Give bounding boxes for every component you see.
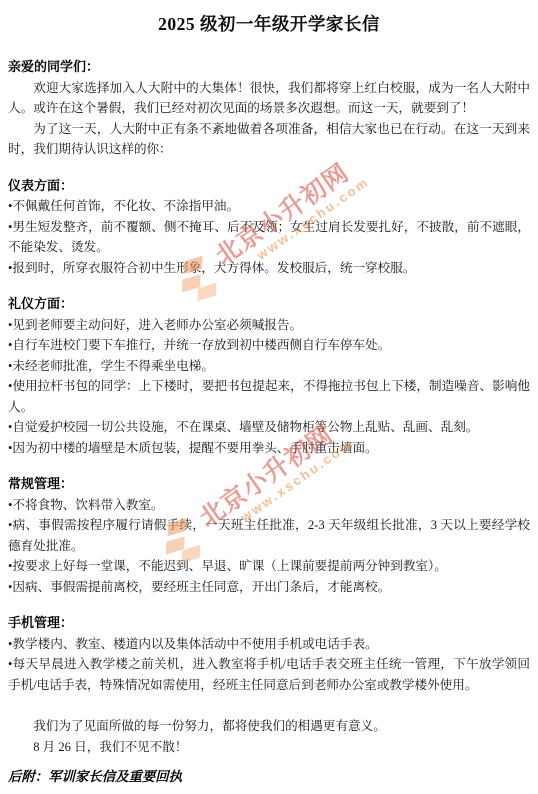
rule-item: •男生短发整齐，前不覆额、侧不掩耳、后不及领；女生过肩长发要扎好，不披散，前不遮… [8,217,530,258]
document-page: 2025 级初一年级开学家长信 亲爱的同学们： 欢迎大家选择加入人大附中的大集体… [0,0,538,794]
document-title: 2025 级初一年级开学家长信 [8,12,530,36]
section-heading-appearance: 仪表方面： [8,176,530,197]
rule-item: •未经老师批准，学生不得乘坐电梯。 [8,356,530,377]
rule-item: •自觉爱护校园一切公共设施，不在课桌、墙壁及储物柜等公物上乱贴、乱画、乱刻。 [8,417,530,438]
attachment-note: 后附：军训家长信及重要回执 [8,767,530,788]
section-etiquette: 礼仪方面： •见到老师要主动问好，进入老师办公室必须喊报告。 •自行车进校门要下… [8,294,530,458]
rule-item: •按要求上好每一堂课，不能迟到、早退、旷课（上课前要提前两分钟到教室）。 [8,556,530,577]
rule-item: •每天早晨进入教学楼之前关机，进入教室将手机/电话手表交班主任统一管理，下午放学… [8,654,530,695]
rule-item: •因为初中楼的墙壁是木质包装，提醒不要用拳头、手肘重击墙面。 [8,438,530,459]
closing-paragraph-2: 8 月 26 日，我们不见不散！ [8,737,530,758]
rule-item: •教学楼内、教室、楼道内以及集体活动中不使用手机或电话手表。 [8,634,530,655]
rule-item: •见到老师要主动问好，进入老师办公室必须喊报告。 [8,315,530,336]
salutation: 亲爱的同学们： [8,57,530,78]
rule-item: •使用拉杆书包的同学：上下楼时，要把书包提起来，不得拖拉书包上下楼，制造噪音、影… [8,376,530,417]
intro-paragraph-2: 为了这一天，人大附中正有条不紊地做着各项准备，相信大家也已在行动。在这一天到来时… [8,119,530,160]
section-phone: 手机管理： •教学楼内、教室、楼道内以及集体活动中不使用手机或电话手表。 •每天… [8,613,530,695]
rule-item: •自行车进校门要下车推行，并统一存放到初中楼西侧自行车停车处。 [8,335,530,356]
section-heading-etiquette: 礼仪方面： [8,294,530,315]
section-heading-routine: 常规管理： [8,474,530,495]
section-appearance: 仪表方面： •不佩戴任何首饰，不化妆、不涂指甲油。 •男生短发整齐，前不覆额、侧… [8,176,530,279]
section-heading-phone: 手机管理： [8,613,530,634]
rule-item: •病、事假需按程序履行请假手续，一天班主任批准，2-3 天年级组长批准，3 天以… [8,515,530,556]
intro-paragraph-1: 欢迎大家选择加入人大附中的大集体！很快，我们都将穿上红白校服，成为一名人大附中人… [8,78,530,119]
section-routine: 常规管理： •不将食物、饮料带入教室。 •病、事假需按程序履行请假手续，一天班主… [8,474,530,597]
rule-item: •报到时，所穿衣服符合初中生形象，大方得体。发校服后，统一穿校服。 [8,258,530,279]
rule-item: •不将食物、饮料带入教室。 [8,495,530,516]
closing-paragraph-1: 我们为了见面所做的每一份努力，都将使我们的相遇更有意义。 [8,716,530,737]
rule-item: •因病、事假需提前离校，要经班主任同意，开出门条后，才能离校。 [8,577,530,598]
rule-item: •不佩戴任何首饰，不化妆、不涂指甲油。 [8,196,530,217]
